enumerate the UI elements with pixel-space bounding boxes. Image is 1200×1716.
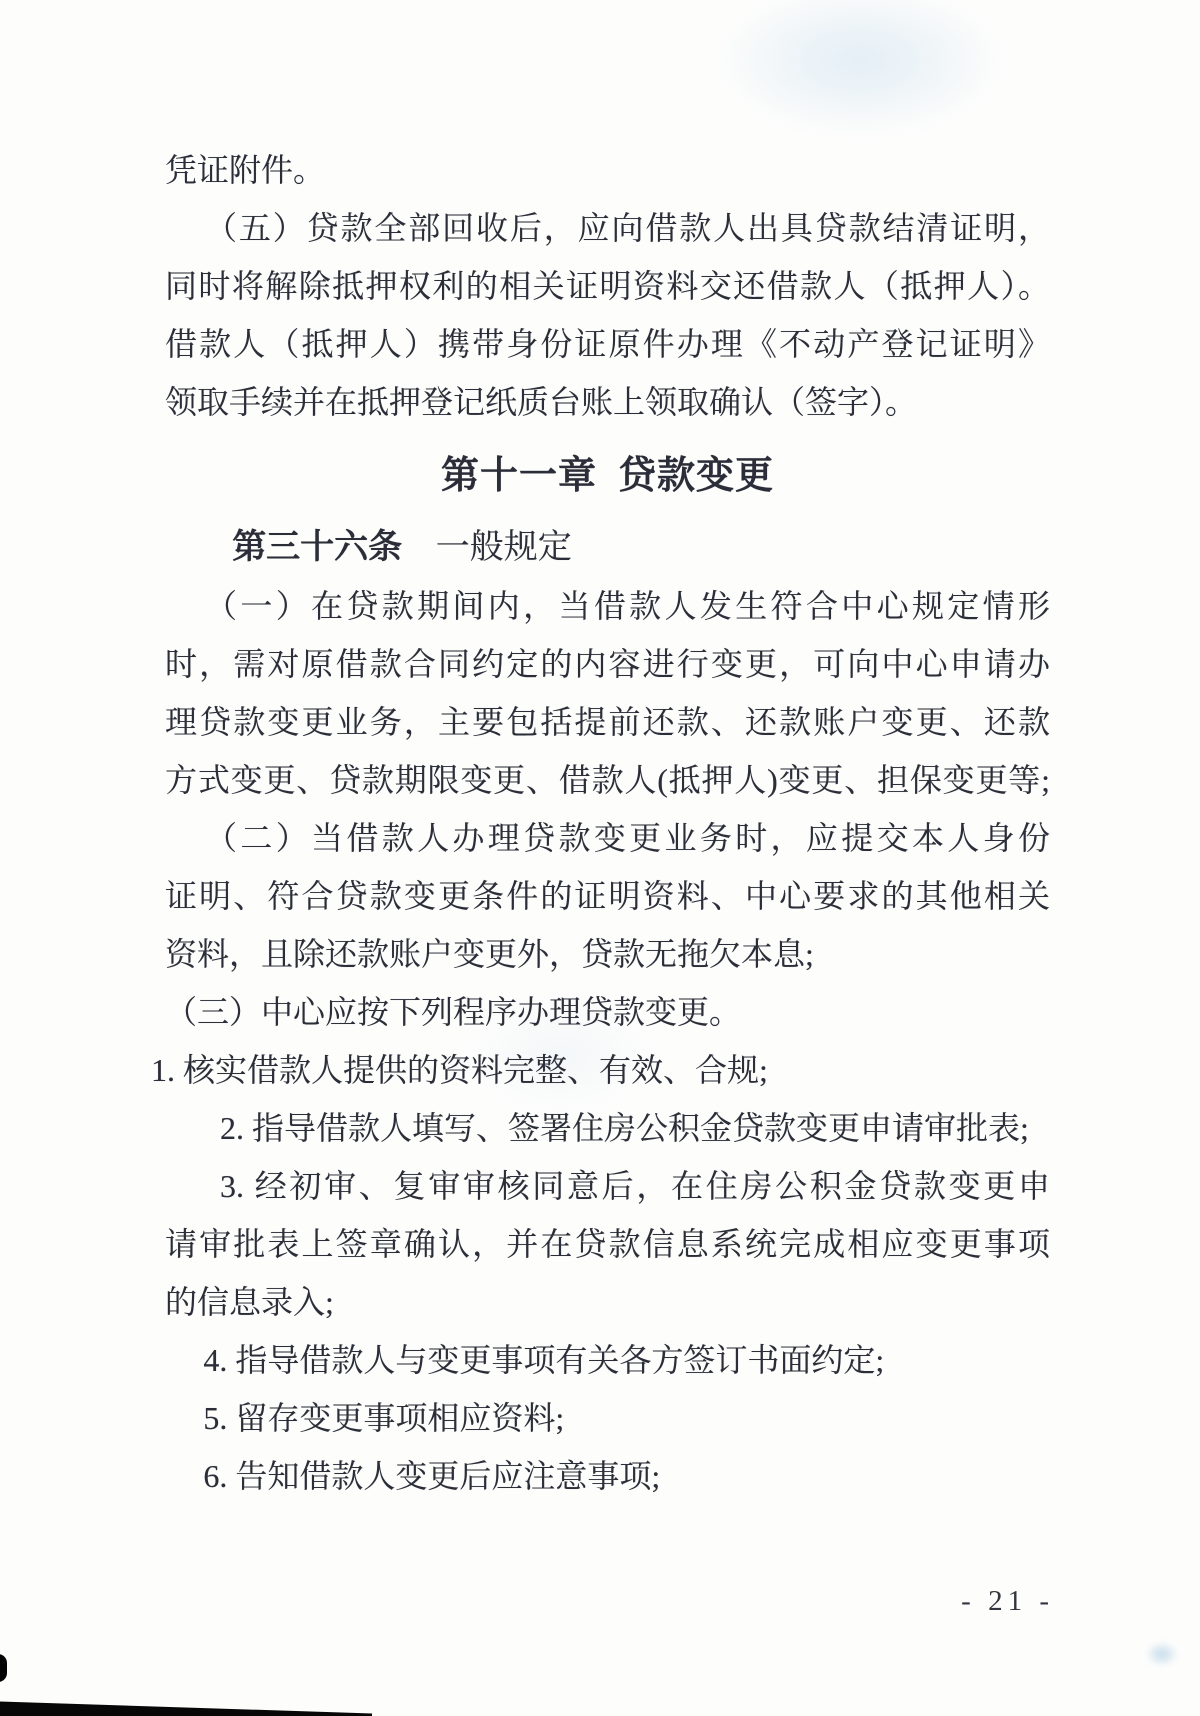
text-line: 3. 经初审、复审审核同意后，在住房公积金贷款变更申 [165, 1157, 1050, 1215]
text-line: 时，需对原借款合同约定的内容进行变更，可向中心申请办 [165, 635, 1050, 693]
text-line: 领取手续并在抵押登记纸质台账上领取确认（签字）。 [165, 373, 1050, 431]
text-line: 凭证附件。 [165, 141, 1050, 199]
text-line: 理贷款变更业务，主要包括提前还款、还款账户变更、还款 [165, 693, 1050, 751]
page-number: - 21 - [961, 1584, 1054, 1618]
section-heading: 第三十六条一般规定 [165, 518, 1050, 577]
text-line: 6. 告知借款人变更后应注意事项; [165, 1447, 1050, 1505]
scan-smudge-bottom-right [1138, 1636, 1186, 1672]
text-line: 1. 核实借款人提供的资料完整、有效、合规; [151, 1041, 1050, 1099]
section-title: 一般规定 [436, 529, 572, 566]
text-line: 2. 指导借款人填写、签署住房公积金贷款变更申请审批表; [165, 1099, 1050, 1157]
chapter-title: 贷款变更 [618, 455, 774, 497]
text-line: （二）当借款人办理贷款变更业务时，应提交本人身份 [165, 809, 1050, 867]
text-line: 的信息录入; [165, 1273, 1050, 1331]
text-line: 证明、符合贷款变更条件的证明资料、中心要求的其他相关 [165, 867, 1050, 925]
text-line: 4. 指导借款人与变更事项有关各方签订书面约定; [165, 1331, 1050, 1389]
section-number: 第三十六条 [232, 528, 402, 566]
text-line: （三）中心应按下列程序办理贷款变更。 [165, 983, 1050, 1041]
text-line: 借款人（抵押人）携带身份证原件办理《不动产登记证明》 [165, 315, 1050, 373]
text-line: 同时将解除抵押权利的相关证明资料交还借款人（抵押人）。 [165, 257, 1050, 315]
text-column: 凭证附件。 （五）贷款全部回收后，应向借款人出具贷款结清证明， 同时将解除抵押权… [165, 141, 1050, 1505]
text-line: 资料，且除还款账户变更外，贷款无拖欠本息; [165, 925, 1050, 983]
document-page: 凭证附件。 （五）贷款全部回收后，应向借款人出具贷款结清证明， 同时将解除抵押权… [0, 0, 1200, 1716]
text-line: 请审批表上签章确认，并在贷款信息系统完成相应变更事项 [165, 1215, 1050, 1273]
chapter-heading: 第十一章贷款变更 [165, 447, 1050, 505]
scan-artifact-blob [0, 1654, 7, 1682]
text-line: （五）贷款全部回收后，应向借款人出具贷款结清证明， [165, 199, 1050, 257]
text-line: 5. 留存变更事项相应资料; [165, 1389, 1050, 1447]
scan-artifact-wedge [0, 1699, 372, 1716]
text-line: （一）在贷款期间内，当借款人发生符合中心规定情形 [165, 577, 1050, 635]
chapter-number: 第十一章 [441, 455, 597, 497]
text-line: 方式变更、贷款期限变更、借款人(抵押人)变更、担保变更等; [165, 751, 1050, 809]
